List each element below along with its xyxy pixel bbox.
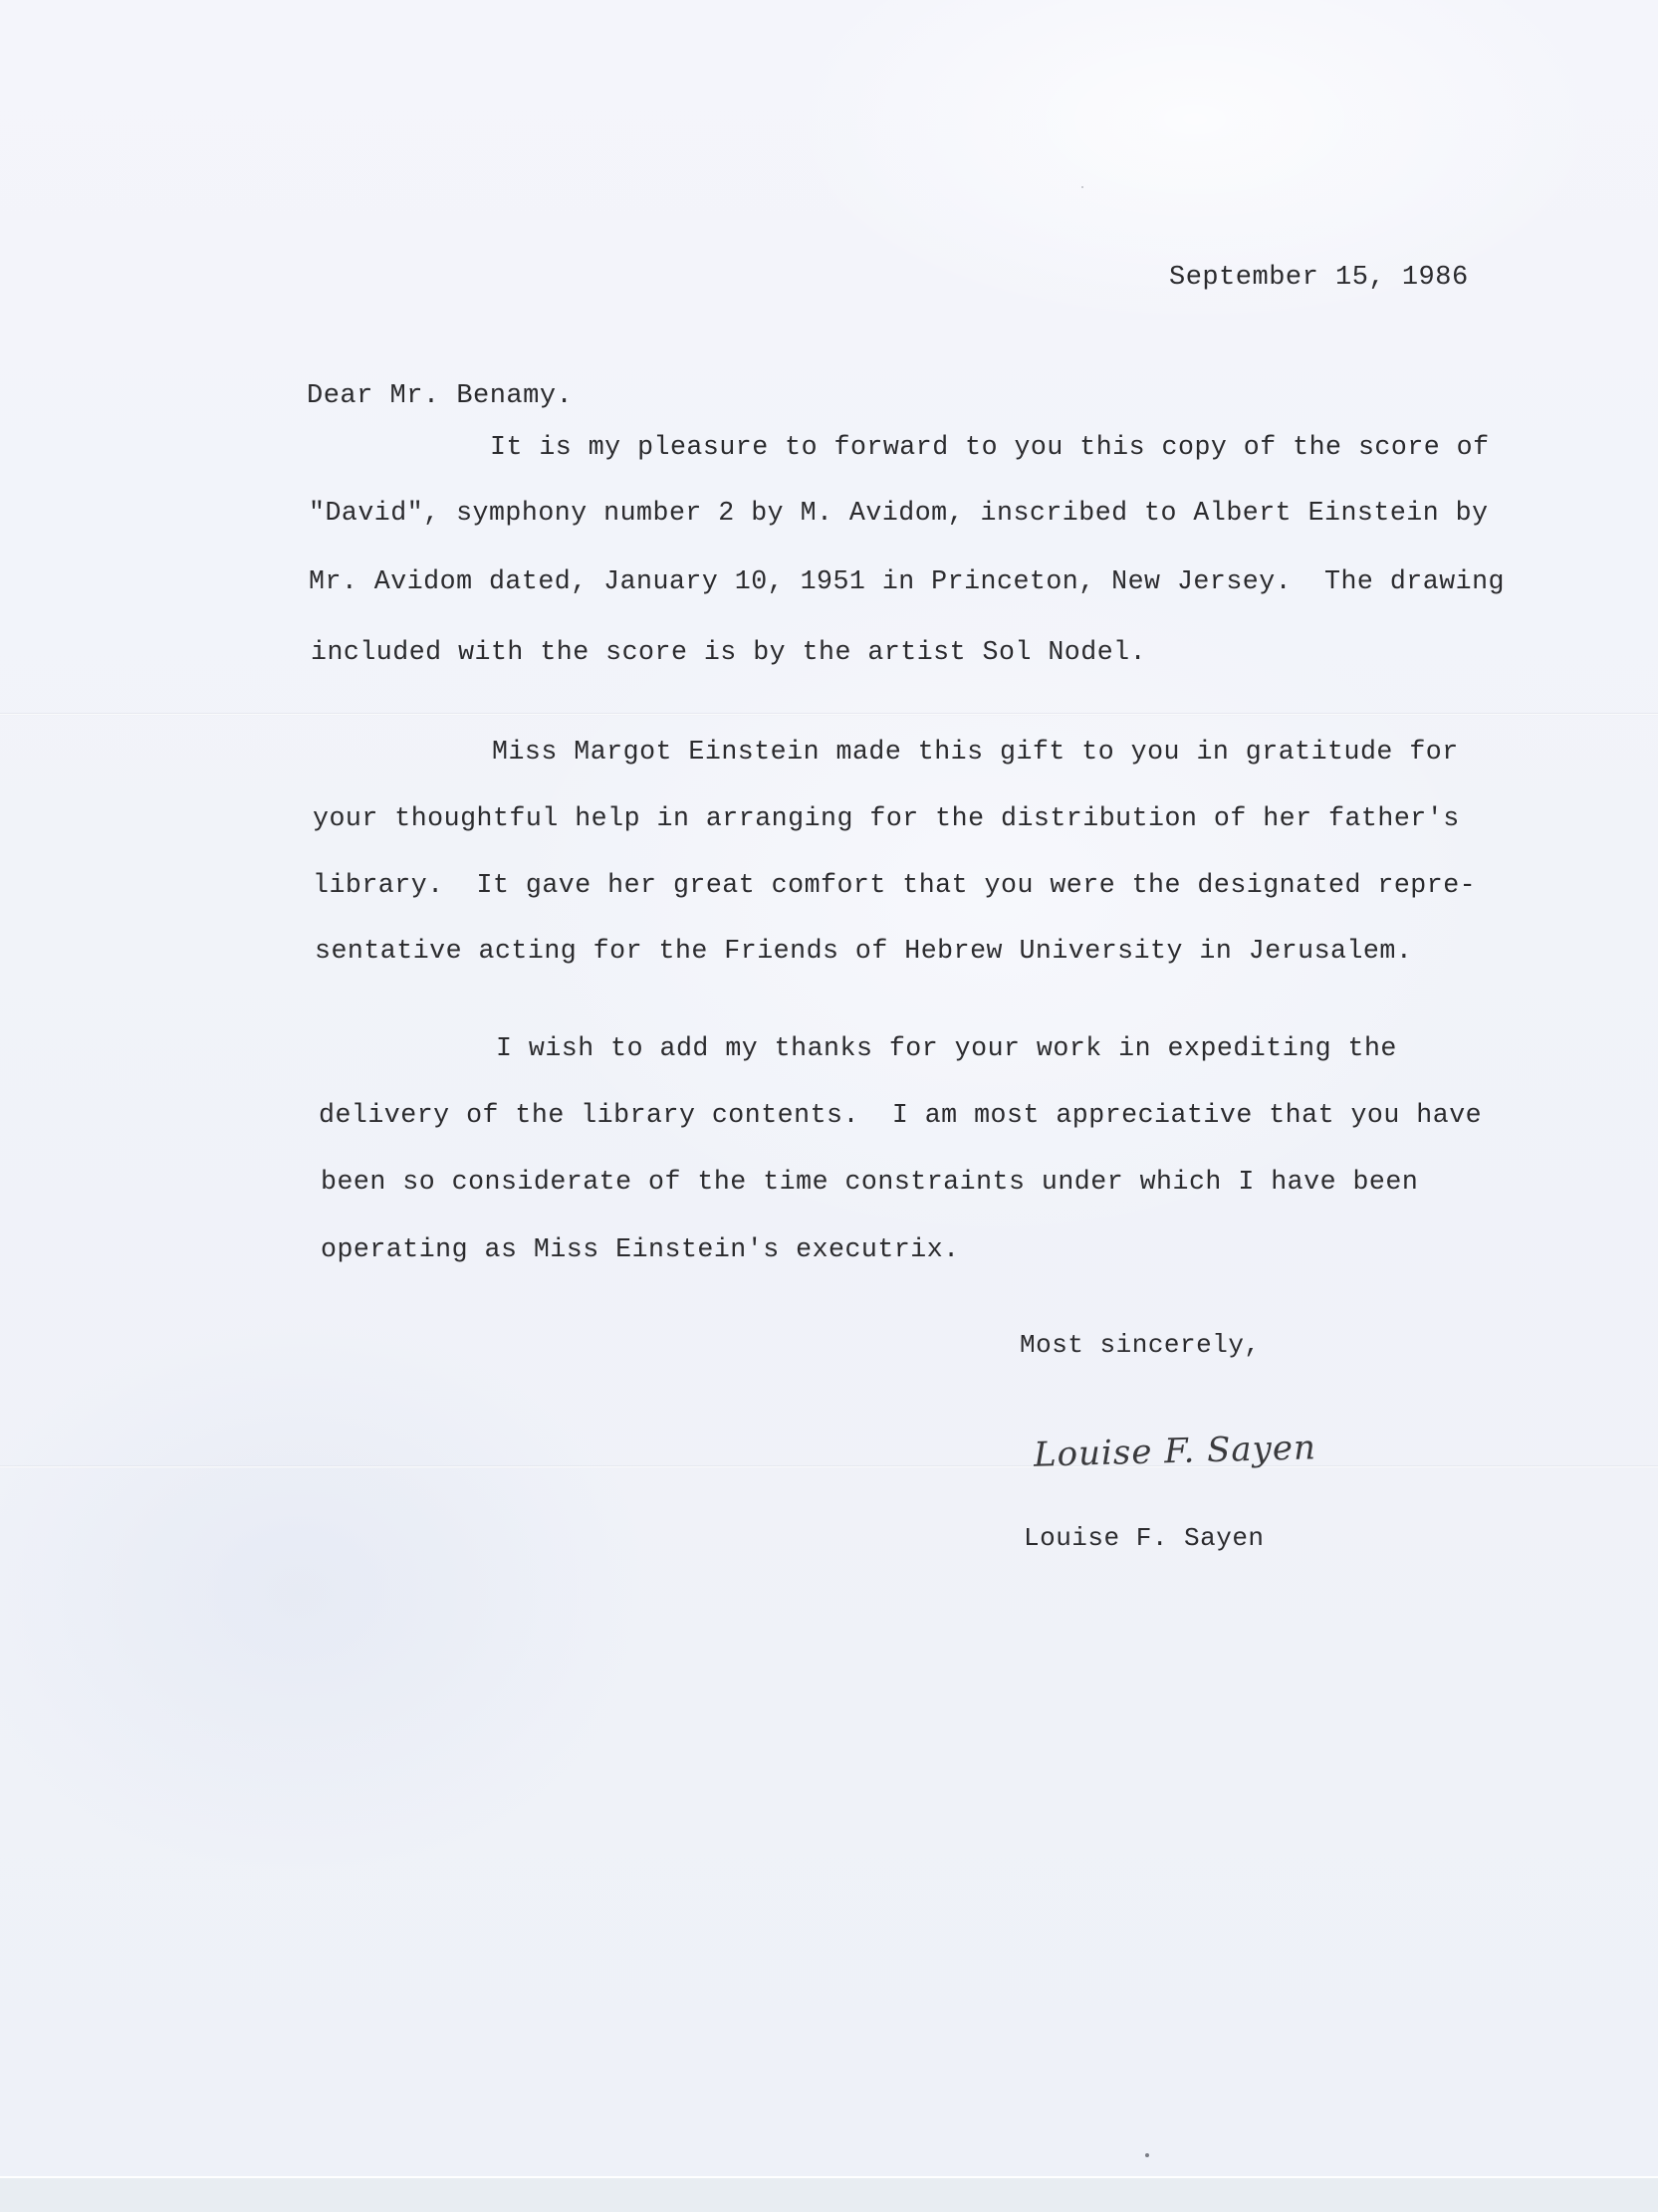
fold-line [0,1465,1658,1468]
paragraph-3-line-1: I wish to add my thanks for your work in… [496,1036,1397,1063]
letter-date: September 15, 1986 [1169,265,1469,292]
paragraph-1-line-4: included with the score is by the artist… [311,640,1146,667]
salutation: Dear Mr. Benamy. [307,383,573,410]
paragraph-2-line-4: sentative acting for the Friends of Hebr… [315,939,1412,966]
scanner-edge [0,2176,1658,2212]
paragraph-2-line-2: your thoughtful help in arranging for th… [313,806,1460,833]
paragraph-1-line-2: "David", symphony number 2 by M. Avidom,… [309,501,1489,528]
letter-page [0,0,1658,2176]
paragraph-2-line-3: library. It gave her great comfort that … [313,873,1476,900]
closing: Most sincerely, [1020,1332,1261,1358]
paper-speck [1145,2153,1149,2157]
handwritten-signature: Louise F. Sayen [1034,1428,1317,1474]
paragraph-1-line-3: Mr. Avidom dated, January 10, 1951 in Pr… [309,569,1505,596]
fold-line [0,713,1658,716]
signer-name: Louise F. Sayen [1024,1525,1265,1551]
paragraph-3-line-3: been so considerate of the time constrai… [321,1170,1418,1197]
paper-speck [1081,186,1083,188]
paragraph-2-line-1: Miss Margot Einstein made this gift to y… [492,740,1459,767]
paragraph-3-line-2: delivery of the library contents. I am m… [319,1103,1482,1130]
paragraph-3-line-4: operating as Miss Einstein's executrix. [321,1237,960,1264]
paragraph-1-line-1: It is my pleasure to forward to you this… [490,435,1490,462]
